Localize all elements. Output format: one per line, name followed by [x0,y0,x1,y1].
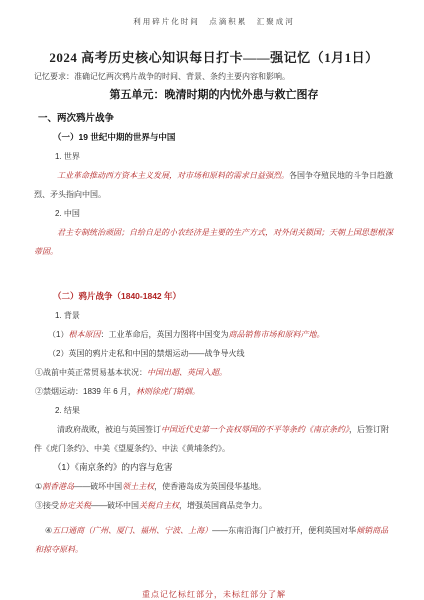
label-china: 2. 中国 [55,204,394,223]
document-page: 利用碎片化时间 点滴积累 汇聚成河 2024 高考历史核心知识每日打卡——强记忆… [0,0,424,600]
page-footer-note: 重点记忆标红部分，未标红部分了解 [34,585,394,600]
paragraph-world: 工业革命推动西方资本主义发展，对市场和原料的需求日益强烈。各国争夺殖民地的斗争日… [34,166,394,204]
subsection-heading-opium-war-1840: （二）鸦片战争（1840-1842 年） [53,287,394,306]
page-header-motto: 利用碎片化时间 点滴积累 汇聚成河 [34,16,394,28]
paragraph-result: 清政府战败，被迫与英国签订中国近代史第一个丧权辱国的不平等条约《南京条约》，后签… [34,420,394,458]
label-result: 2. 结果 [55,401,394,420]
label-world: 1. 世界 [55,147,394,166]
treaty-heading-nanjing: （1）《南京条约》的内容与危害 [53,458,394,477]
background-subitem-opium-ban: ②禁烟运动：1839 年 6 月，林则徐虎门销烟。 [35,382,394,401]
section-heading-opium-wars: 一、两次鸦片战争 [38,109,394,128]
label-background: 1. 背景 [55,306,394,325]
background-subitem-trade-status: ①战前中英正常贸易基本状况：中国出超、英国入超。 [35,363,394,382]
treaty-item-tariff: ③接受协定关税——破坏中国关税自主权，增强英国商品竞争力。 [35,496,394,515]
treaty-item-cede-hongkong: ①割香港岛——破坏中国领土主权，使香港岛成为英国侵华基地。 [35,477,394,496]
memory-requirement: 记忆要求：准确记忆两次鸦片战争的时间、背景、条约主要内容和影响。 [34,67,394,86]
subsection-heading-world-and-china: （一）19 世纪中期的世界与中国 [53,128,394,147]
unit-heading: 第五单元：晚清时期的内忧外患与救亡图存 [34,86,394,105]
background-item-root-cause: （1）根本原因：工业革命后，英国力图将中国变为商品销售市场和原料产地。 [48,325,394,344]
document-title: 2024 高考历史核心知识每日打卡——强记忆（1月1日） [34,48,394,67]
paragraph-china: 君主专制统治顽固；自给自足的小农经济是主要的生产方式，对外闭关锁国；天朝上国思想… [34,223,394,261]
treaty-item-five-ports: ④五口通商（广州、厦门、福州、宁波、上海）——东南沿海门户被打开，便利英国对华倾… [35,521,394,559]
background-item-opium-smuggling: （2）英国的鸦片走私和中国的禁烟运动——战争导火线 [48,344,394,363]
